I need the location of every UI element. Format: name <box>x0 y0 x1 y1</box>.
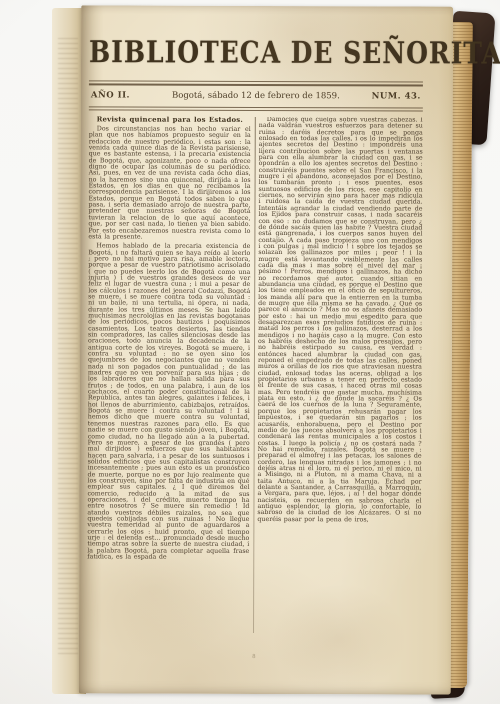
article-columns: Revista quincenal para los Estados. Dos … <box>87 116 423 641</box>
article-paragraph: Damócles que cuelga sobre vuestras cabez… <box>257 117 422 524</box>
signature-mark: 8 <box>87 653 421 660</box>
newspaper-page: BIBLIOTECA DE SEÑORITAS. AÑO II. Bogotá,… <box>79 5 453 694</box>
article-paragraph: Dos circunstancias nos han hecho variar … <box>88 126 250 241</box>
masthead-title: BIBLIOTECA DE SEÑORITAS. <box>89 34 423 70</box>
masthead-rule <box>89 80 423 86</box>
dateline-row: AÑO II. Bogotá, sábado 12 de febrero de … <box>89 89 423 104</box>
article-column-right: Damócles que cuelga sobre vuestras cabez… <box>257 117 423 642</box>
article-heading: Revista quincenal para los Estados. <box>89 116 251 124</box>
page-content: BIBLIOTECA DE SEÑORITAS. AÑO II. Bogotá,… <box>87 5 423 694</box>
article-column-left: Revista quincenal para los Estados. Dos … <box>87 116 251 641</box>
dateline-rule <box>89 106 423 111</box>
issue-number: NUM. 43. <box>372 91 421 101</box>
book-photo: BIBLIOTECA DE SEÑORITAS. AÑO II. Bogotá,… <box>0 0 500 704</box>
masthead: BIBLIOTECA DE SEÑORITAS. <box>89 37 423 67</box>
adjacent-page-ghost-text <box>58 38 78 658</box>
article-paragraph: Hemos hablado de la precaria existencia … <box>87 244 250 562</box>
column-divider-rule <box>253 117 256 633</box>
